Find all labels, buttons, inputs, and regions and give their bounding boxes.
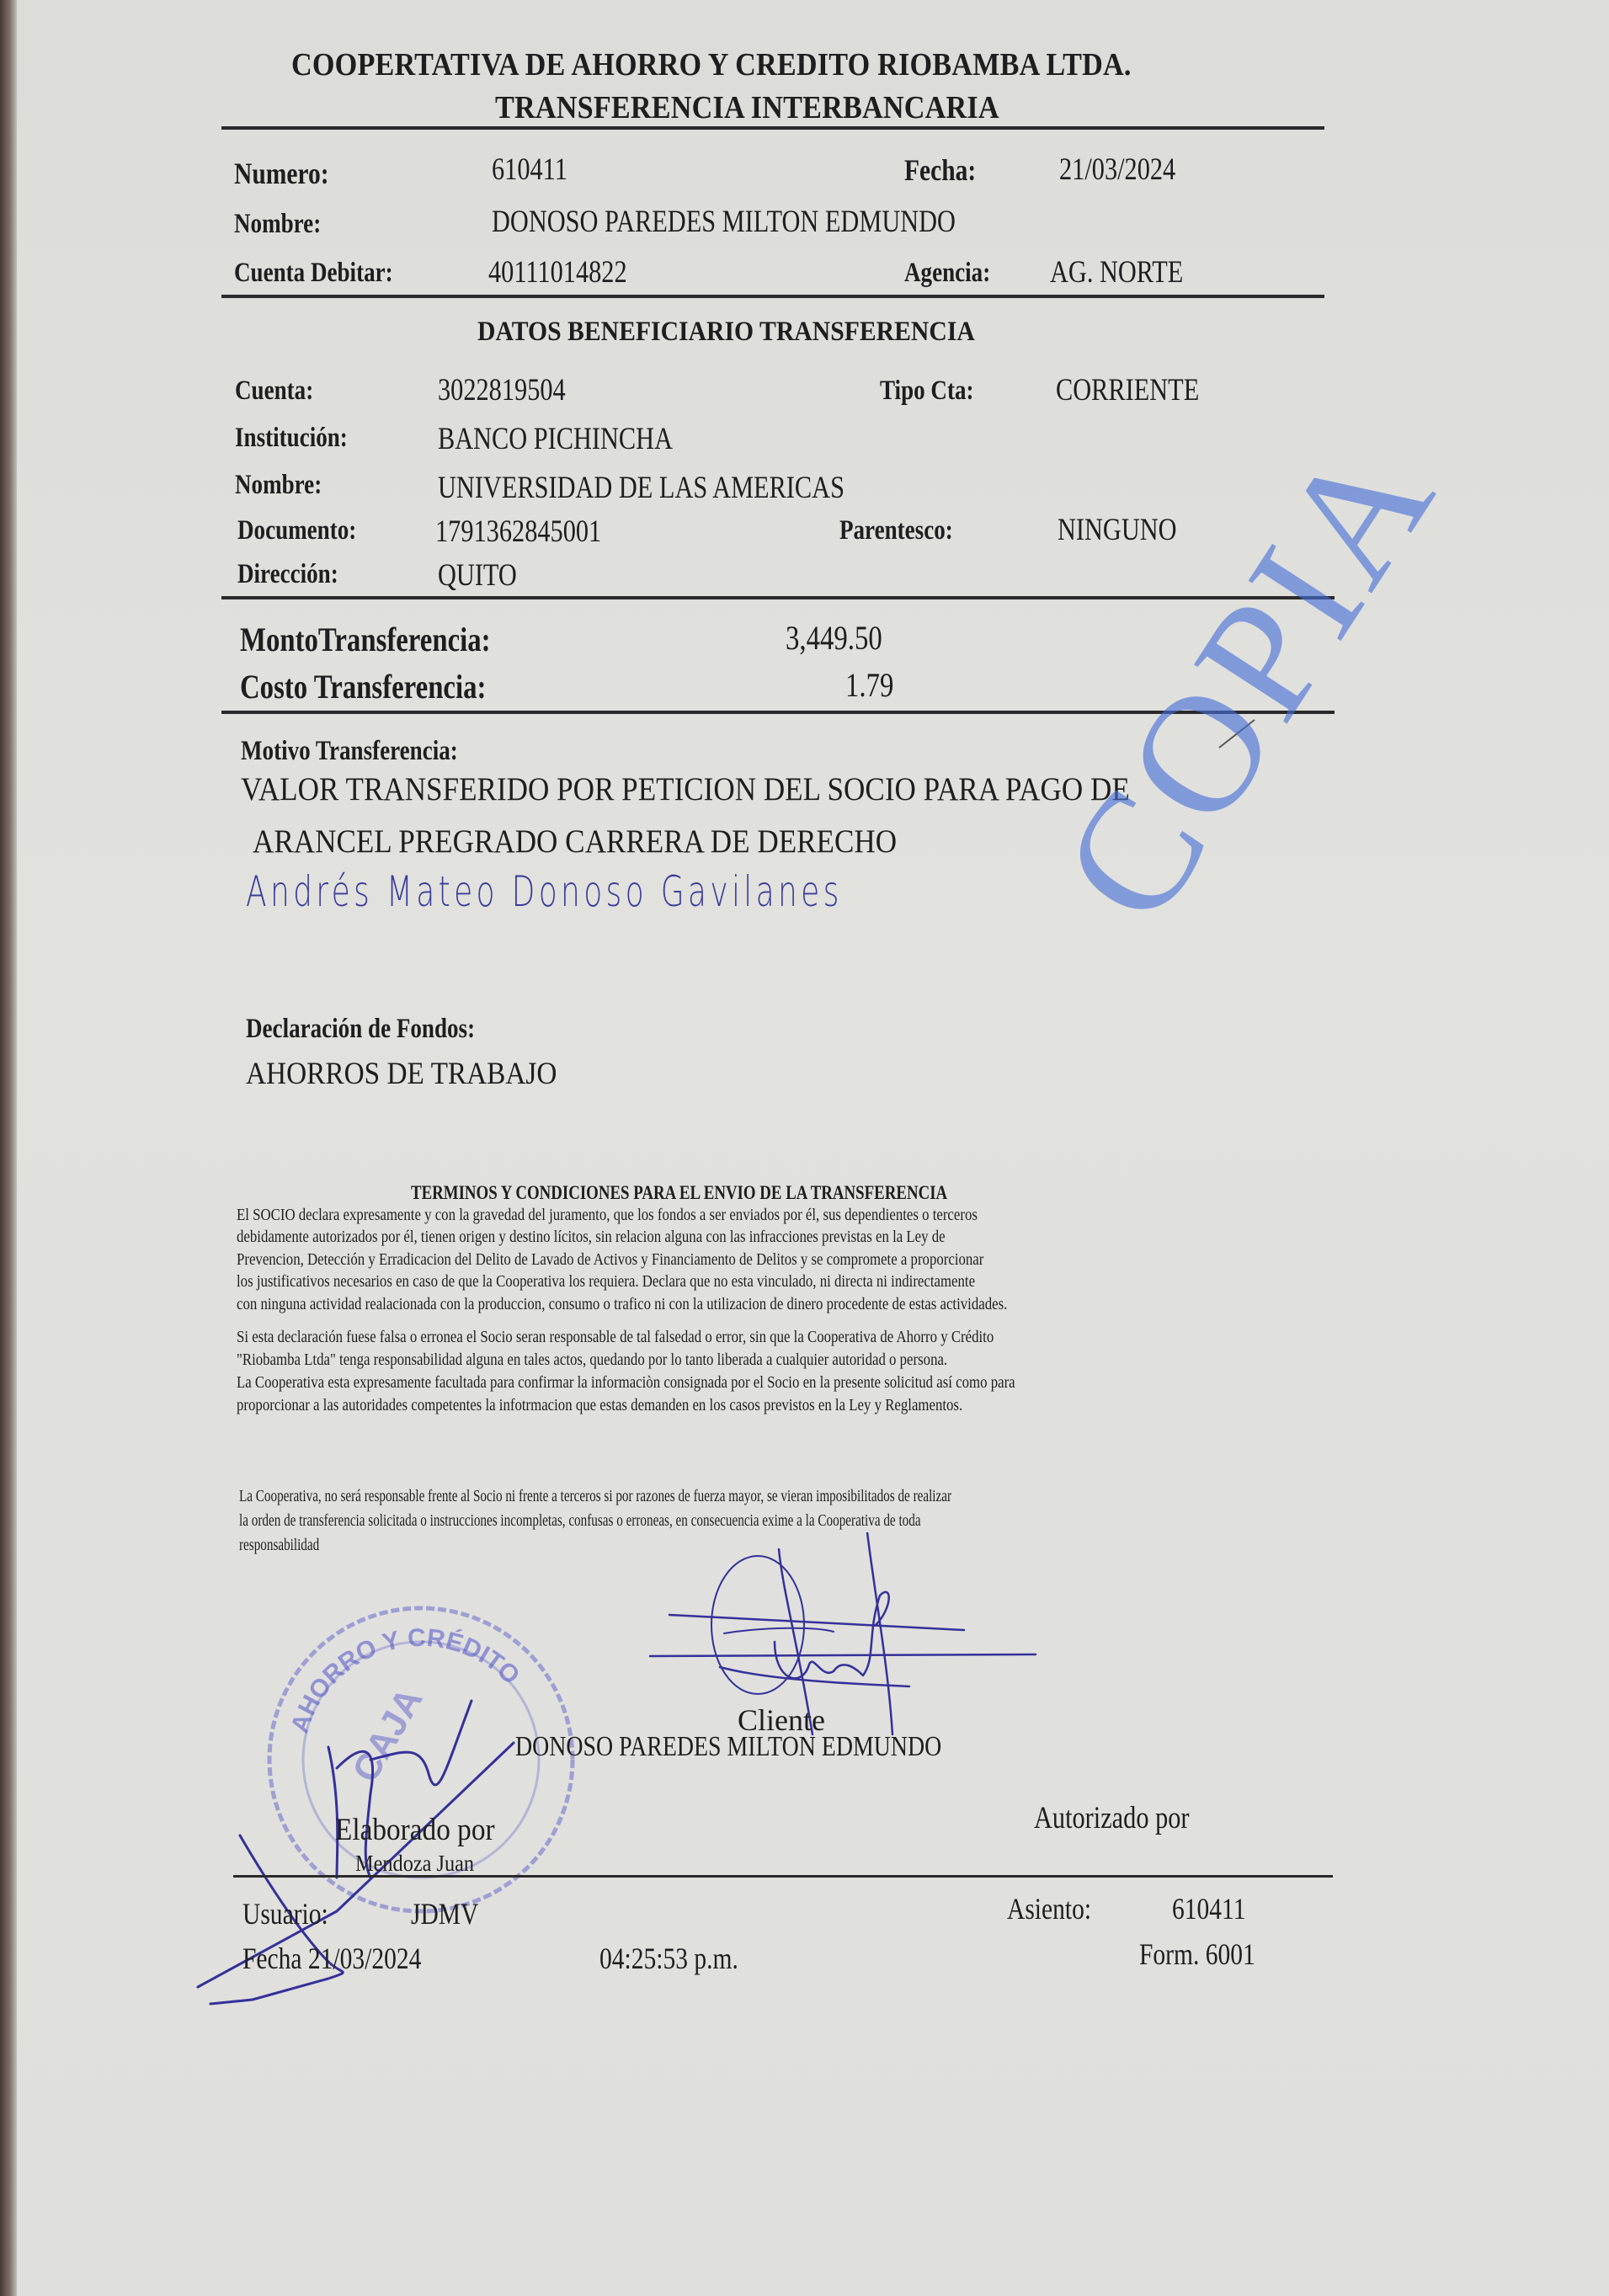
tipo-cta-label: Tipo Cta:: [880, 376, 994, 407]
parentesco-value: NINGUNO: [1058, 512, 1203, 548]
beneficiary-cuenta-label: Cuenta:: [235, 376, 331, 407]
footer-hora: 04:25:53 p.m.: [599, 1941, 769, 1976]
declaracion-label: Declaración de Fondos:: [246, 1014, 525, 1045]
agencia-value: AG. NORTE: [1050, 254, 1212, 290]
terms-line: con ninguna actividad realacionada con l…: [237, 1297, 1176, 1313]
liability-line: la orden de transferencia solicitada o i…: [239, 1513, 1160, 1530]
footer-fecha-label: Fecha: [242, 1942, 301, 1975]
numero-label: Numero:: [234, 156, 349, 191]
client-signature: [640, 1532, 1061, 1751]
monto-value: 3,449.50: [786, 618, 903, 658]
divider: [221, 596, 1335, 599]
asiento-value: 610411: [1172, 1891, 1262, 1926]
fecha-value: 21/03/2024: [1059, 152, 1201, 188]
usuario-value: JDMV: [411, 1896, 493, 1931]
cliente-name: DONOSO PAREDES MILTON EDMUNDO: [515, 1731, 1035, 1763]
institution-title: COOPERTATIVA DE AHORRO Y CREDITO RIOBAMB…: [291, 46, 1225, 83]
institucion-value: BANCO PICHINCHA: [438, 421, 724, 457]
direccion-label: Dirección:: [237, 559, 360, 590]
terms-line: proporcionar a las autoridades competent…: [237, 1398, 1122, 1414]
liability-line: responsabilidad: [239, 1537, 348, 1554]
document-type-title: TRANSFERENCIA INTERBANCARIA: [495, 89, 1055, 126]
motivo-line-2: ARANCEL PREGRADO CARRERA DE DERECHO: [253, 823, 968, 860]
elaborado-name: Mendoza Juan: [355, 1851, 487, 1877]
handwritten-note: Andrés Mateo Donoso Gavilanes: [246, 867, 843, 916]
beneficiary-nombre-value: UNIVERSIDAD DE LAS AMERICAS: [438, 470, 934, 506]
agencia-label: Agencia:: [904, 258, 1010, 289]
divider: [221, 295, 1324, 298]
motivo-label: Motivo Transferencia:: [241, 736, 505, 767]
divider: [233, 1875, 1333, 1878]
costo-label: Costo Transferencia:: [240, 667, 541, 706]
elaborado-label: Elaborado por: [335, 1812, 513, 1848]
numero-value: 610411: [492, 152, 584, 188]
terms-title: TERMINOS Y CONDICIONES PARA EL ENVIO DE …: [411, 1182, 1065, 1204]
terms-line: "Riobamba Ltda" tenga responsabilidad al…: [237, 1352, 1103, 1369]
asiento-label: Asiento:: [1007, 1891, 1110, 1926]
beneficiary-section-title: DATOS BENEFICIARIO TRANSFERENCIA: [477, 317, 1030, 348]
costo-value: 1.79: [845, 665, 904, 705]
nombre-label: Nombre:: [234, 209, 340, 240]
terms-line: Si esta declaración fuese falsa o errone…: [237, 1329, 1160, 1346]
direccion-value: QUITO: [438, 557, 534, 594]
terms-line: El SOCIO declara expresamente y con la g…: [237, 1207, 1140, 1224]
fecha-label: Fecha:: [904, 152, 992, 188]
institucion-label: Institución:: [235, 423, 372, 454]
monto-label: MontoTransferencia:: [240, 620, 546, 659]
terms-line: La Cooperativa esta expresamente faculta…: [237, 1375, 1186, 1392]
usuario-label: Usuario:: [242, 1896, 347, 1931]
terms-line: debidamente autorizados por él, tienen o…: [237, 1229, 1100, 1246]
documento-label: Documento:: [237, 515, 382, 546]
divider: [221, 126, 1324, 130]
footer-fecha-value: 21/03/2024: [308, 1942, 421, 1975]
declaracion-value: AHORROS DE TRABAJO: [246, 1056, 592, 1092]
cuenta-debitar-label: Cuenta Debitar:: [234, 258, 428, 289]
documento-value: 1791362845001: [435, 514, 638, 550]
footer-fecha: Fecha 21/03/2024: [242, 1941, 461, 1976]
tipo-cta-value: CORRIENTE: [1056, 372, 1231, 408]
liability-line: La Cooperativa, no será responsable fren…: [239, 1489, 1201, 1505]
autorizado-label: Autorizado por: [1034, 1800, 1223, 1836]
nombre-value: DONOSO PAREDES MILTON EDMUNDO: [492, 204, 1058, 240]
beneficiary-nombre-label: Nombre:: [235, 470, 341, 501]
beneficiary-cuenta-value: 3022819504: [438, 372, 594, 408]
cuenta-debitar-value: 40111014822: [488, 254, 658, 290]
page-edge: [0, 0, 19, 2296]
terms-line: los justificativos necesarios en caso de…: [237, 1274, 1137, 1291]
form-number: Form. 6001: [1139, 1936, 1281, 1972]
parentesco-label: Parentesco:: [839, 515, 978, 546]
terms-line: Prevencion, Detección y Erradicacion del…: [237, 1252, 1148, 1269]
